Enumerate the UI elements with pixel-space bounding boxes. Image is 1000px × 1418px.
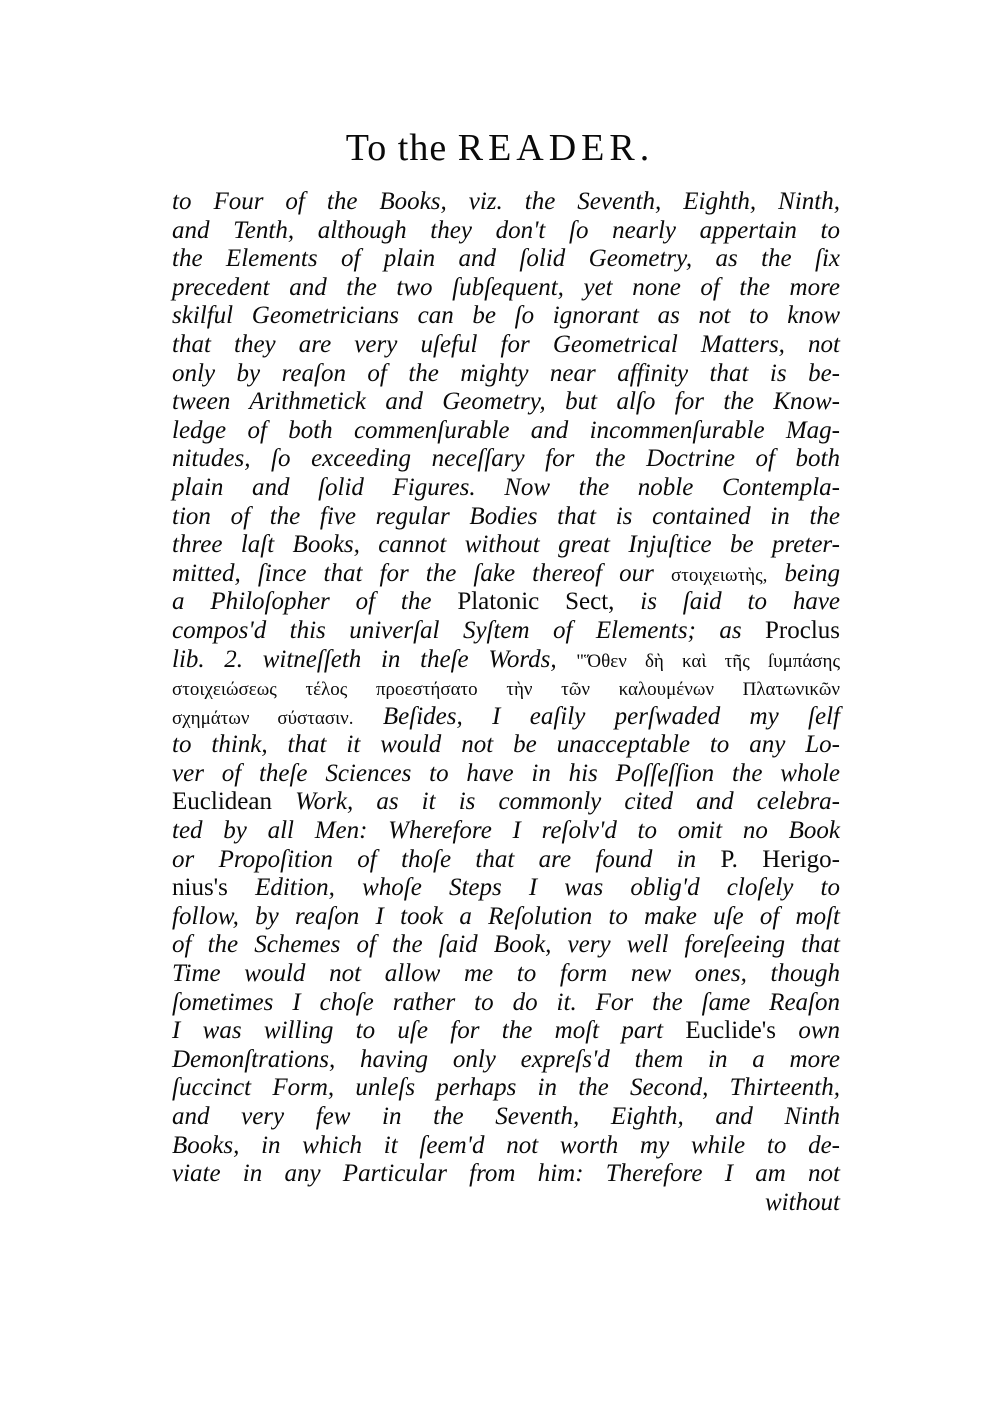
running-head-caps: READER.	[458, 127, 655, 169]
text-fragment: Edition, whoſe Steps I was oblig'd cloſe…	[255, 874, 840, 901]
text-line: ſometimes I choſe rather to do it. For t…	[172, 989, 840, 1018]
greek-quote: σχημάτων σύστασιν.	[172, 708, 354, 729]
text-line: Time would not allow me to form new ones…	[172, 960, 840, 989]
text-fragment: lib. 2. witneſſeth in theſe Words,	[172, 646, 557, 673]
roman-name: P. Herigo-	[721, 846, 840, 873]
text-fragment: compos'd this univerſal Syſtem of Elemen…	[172, 617, 742, 644]
greek-quote: στοιχειώσεως τέλος προεστήσατο τὴν τῶν κ…	[172, 679, 840, 700]
text-fragment: I was willing to uſe for the moſt part	[172, 1017, 663, 1044]
text-line-greek: στοιχειώσεως τέλος προεστήσατο τὴν τῶν κ…	[172, 674, 840, 703]
text-line-mixed: or Propoſition of thoſe that are found i…	[172, 846, 840, 875]
text-line-mixed: lib. 2. witneſſeth in theſe Words, "Ὅθεν…	[172, 646, 840, 675]
text-line: Books, in which it ſeem'd not worth my w…	[172, 1132, 840, 1161]
roman-name: Proclus	[765, 617, 840, 644]
text-line-mixed: compos'd this univerſal Syſtem of Elemen…	[172, 617, 840, 646]
text-line: plain and ſolid Figures. Now the noble C…	[172, 474, 840, 503]
text-line: ted by all Men: Wherefore I reſolv'd to …	[172, 817, 840, 846]
text-fragment: being	[784, 560, 840, 587]
text-fragment: Beſides, I eaſily perſwaded my ſelf	[383, 703, 840, 730]
text-fragment: a Philoſopher of the	[172, 588, 431, 615]
text-line: only by reaſon of the mighty near affini…	[172, 360, 840, 389]
catchword: without	[172, 1189, 840, 1218]
text-line: the Elements of plain and ſolid Geometry…	[172, 245, 840, 274]
text-line: viate in any Particular from him: Theref…	[172, 1160, 840, 1189]
text-line: of the Schemes of the ſaid Book, very we…	[172, 931, 840, 960]
text-line: ver of theſe Sciences to have in his Poſ…	[172, 760, 840, 789]
text-line-mixed: Euclidean Work, as it is commonly cited …	[172, 788, 840, 817]
text-line-mixed: mitted, ſince that for the ſake thereof …	[172, 560, 840, 589]
text-line: precedent and the two ſubſequent, yet no…	[172, 274, 840, 303]
roman-name: nius's	[172, 874, 228, 901]
body-text: to Four of the Books, viz. the Seventh, …	[172, 188, 840, 1217]
text-line: ſuccinct Form, unleſs perhaps in the Sec…	[172, 1074, 840, 1103]
roman-word: Euclidean	[172, 788, 272, 815]
roman-phrase: Platonic Sect,	[457, 588, 614, 615]
text-line: to think, that it would not be unaccepta…	[172, 731, 840, 760]
text-line-mixed: σχημάτων σύστασιν. Beſides, I eaſily per…	[172, 703, 840, 732]
book-page: To the READER. to Four of the Books, viz…	[0, 0, 1000, 1418]
text-line-mixed: a Philoſopher of the Platonic Sect, is ſ…	[172, 588, 840, 617]
text-line: three laſt Books, cannot without great I…	[172, 531, 840, 560]
text-line: follow, by reaſon I took a Reſolution to…	[172, 903, 840, 932]
text-line-mixed: I was willing to uſe for the moſt part E…	[172, 1017, 840, 1046]
text-fragment: Work, as it is commonly cited and celebr…	[295, 788, 840, 815]
text-line: and Tenth, although they don't ſo nearly…	[172, 217, 840, 246]
text-fragment: or Propoſition of thoſe that are found i…	[172, 846, 696, 873]
text-line-mixed: nius's Edition, whoſe Steps I was oblig'…	[172, 874, 840, 903]
text-line: that they are very uſeful for Geometrica…	[172, 331, 840, 360]
text-fragment: own	[798, 1017, 840, 1044]
text-fragment: mitted, ſince that for the ſake thereof …	[172, 560, 654, 587]
text-line: tion of the five regular Bodies that is …	[172, 503, 840, 532]
running-head: To the READER.	[0, 124, 1000, 172]
text-line: nitudes, ſo exceeding neceſſary for the …	[172, 445, 840, 474]
text-line: and very few in the Seventh, Eighth, and…	[172, 1103, 840, 1132]
greek-quote: "Ὅθεν δὴ καὶ τῆς ſυμπάσης	[576, 651, 840, 672]
greek-word: στοιχειωτὴς,	[671, 565, 767, 586]
roman-name: Euclide's	[685, 1017, 776, 1044]
text-line: ledge of both commenſurable and incommen…	[172, 417, 840, 446]
running-head-prefix: To the	[346, 127, 447, 169]
text-line: skilful Geometricians can be ſo ignorant…	[172, 302, 840, 331]
text-line: to Four of the Books, viz. the Seventh, …	[172, 188, 840, 217]
text-line: Demonſtrations, having only expreſs'd th…	[172, 1046, 840, 1075]
text-line: tween Arithmetick and Geometry, but alſo…	[172, 388, 840, 417]
text-fragment: is ſaid to have	[640, 588, 840, 615]
